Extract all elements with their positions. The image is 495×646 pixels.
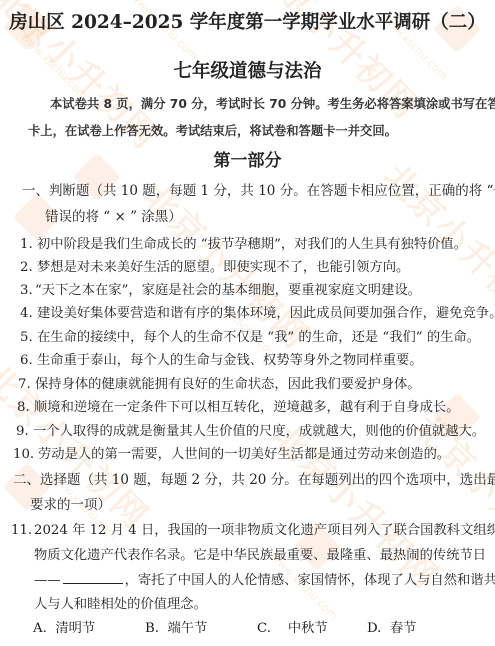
exam-subject: 七年级道德与法治 [0, 57, 495, 83]
option-c: C. 中秋节 [257, 617, 328, 636]
question-7: 7.保持身体的健康就能拥有良好的生命状态，因此我们要爱护身体。 [18, 373, 421, 392]
section-2-heading-cont: 要求的一项） [30, 493, 111, 513]
section-2-heading: 二、选择题（共 10 题，每题 2 分，共 20 分。在每题列出的四个选项中，选… [13, 468, 495, 488]
part-heading: 第一部分 [0, 146, 495, 171]
question-4: 4.建设美好集体要营造和谐有序的集体环境，因此成员间要加强合作，避免竞争。 [20, 302, 495, 321]
instructions-line-1: 本试卷共 8 页，满分 70 分，考试时长 70 分钟。考生务必将答案填涂或书写… [50, 94, 495, 112]
section-1-heading-cont: 错误的将 “ × ” 涂黑） [45, 205, 182, 225]
option-d: D. 春节 [367, 617, 416, 636]
question-5: 5.在生命的接续中，每个人的生命不仅是 “我” 的生命，还是 “我们” 的生命。 [20, 326, 480, 345]
instructions-line-2: 卡上，在试卷上作答无效。考试结束后，将试卷和答题卡一并交回。 [28, 121, 397, 139]
question-6: 6.生命重于泰山，每个人的生命与金钱、权势等身外之物同样重要。 [20, 349, 423, 368]
question-8: 8.顺境和逆境在一定条件下可以相互转化，逆境越多，越有利于自身成长。 [17, 396, 460, 415]
answer-blank [63, 571, 123, 584]
question-10: 10.劳动是人的第一需要，人世间的一切美好生活都是通过劳动来创造的。 [13, 443, 450, 462]
question-11-line-3: ——，寄托了中国人的人伦情感、家国情怀，体现了人与自然和谐共生、 [34, 569, 495, 588]
exam-title: 房山区 2024–2025 学年度第一学期学业水平调研（二） [0, 8, 495, 34]
question-11-line-2: 物质文化遗产代表作名录。它是中华民族最重要、最隆重、最热闹的传统节日 [34, 544, 486, 563]
question-11-line-4: 人与人和睦相处的价值理念。 [34, 593, 207, 612]
section-1-heading: 一、判断题（共 10 题，每题 1 分，共 10 分。在答题卡相应位置，正确的将… [22, 179, 495, 199]
option-b: B. 端午节 [145, 617, 207, 636]
question-2: 2.梦想是对未来美好生活的愿望。即使实现不了，也能引领方向。 [20, 256, 409, 275]
question-3: 3.“天下之本在家”，家庭是社会的基本细胞，要重视家庭文明建设。 [20, 279, 421, 298]
question-11-line-1: 11.2024 年 12 月 4 日，我国的一项非物质文化遗产项目列入了联合国教… [11, 519, 495, 538]
option-a: A. 清明节 [33, 617, 95, 636]
question-1: 1.初中阶段是我们生命成长的 “拔节孕穗期”，对我们的人生具有独特价值。 [20, 233, 467, 252]
question-9: 9.一个人取得的成就是衡量其人生价值的尺度，成就越大，则他的价值就越大。 [16, 420, 485, 439]
